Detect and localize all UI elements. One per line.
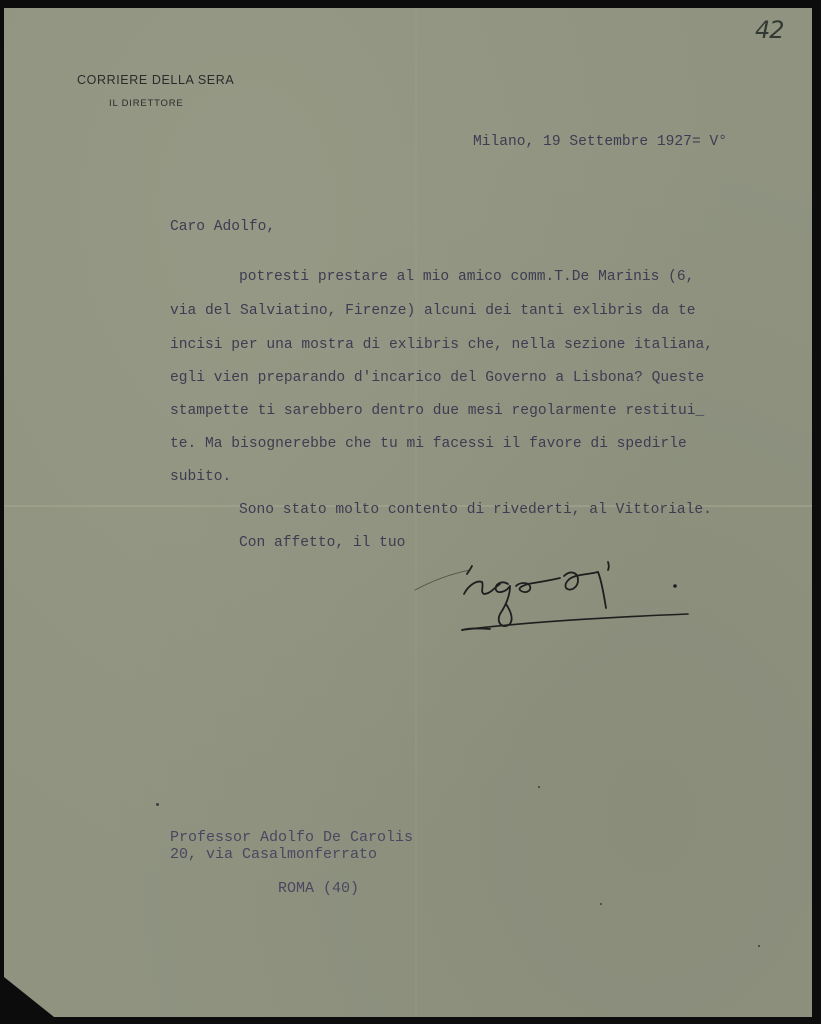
paper-speck xyxy=(600,903,602,905)
letterhead-title: IL DIRETTORE xyxy=(109,98,184,109)
paper-speck xyxy=(758,945,760,947)
handwritten-signature xyxy=(410,552,700,642)
date-line: Milano, 19 Settembre 1927= V° xyxy=(473,134,727,150)
address-recipient: Professor Adolfo De Carolis xyxy=(170,829,413,846)
body-line: stampette ti sarebbero dentro due mesi r… xyxy=(170,403,704,419)
address-city: ROMA (40) xyxy=(278,880,359,897)
closing-line: Sono stato molto contento di rivederti, … xyxy=(239,502,712,518)
body-line: incisi per una mostra di exlibris che, n… xyxy=(170,337,713,353)
letterhead-name: CORRIERE DELLA SERA xyxy=(77,73,234,87)
body-line: te. Ma bisognerebbe che tu mi facessi il… xyxy=(170,436,687,452)
paper-speck xyxy=(538,786,540,788)
body-line: via del Salviatino, Firenze) alcuni dei … xyxy=(170,303,695,319)
body-line: potresti prestare al mio amico comm.T.De… xyxy=(239,269,694,285)
closing-line: Con affetto, il tuo xyxy=(239,535,405,551)
page-number: 42 xyxy=(755,16,784,44)
address-street: 20, via Casalmonferrato xyxy=(170,846,377,863)
paper-speck xyxy=(156,803,159,806)
body-line: egli vien preparando d'incarico del Gove… xyxy=(170,370,704,386)
folded-corner xyxy=(4,977,54,1017)
salutation: Caro Adolfo, xyxy=(170,219,275,235)
body-line: subito. xyxy=(170,469,231,485)
